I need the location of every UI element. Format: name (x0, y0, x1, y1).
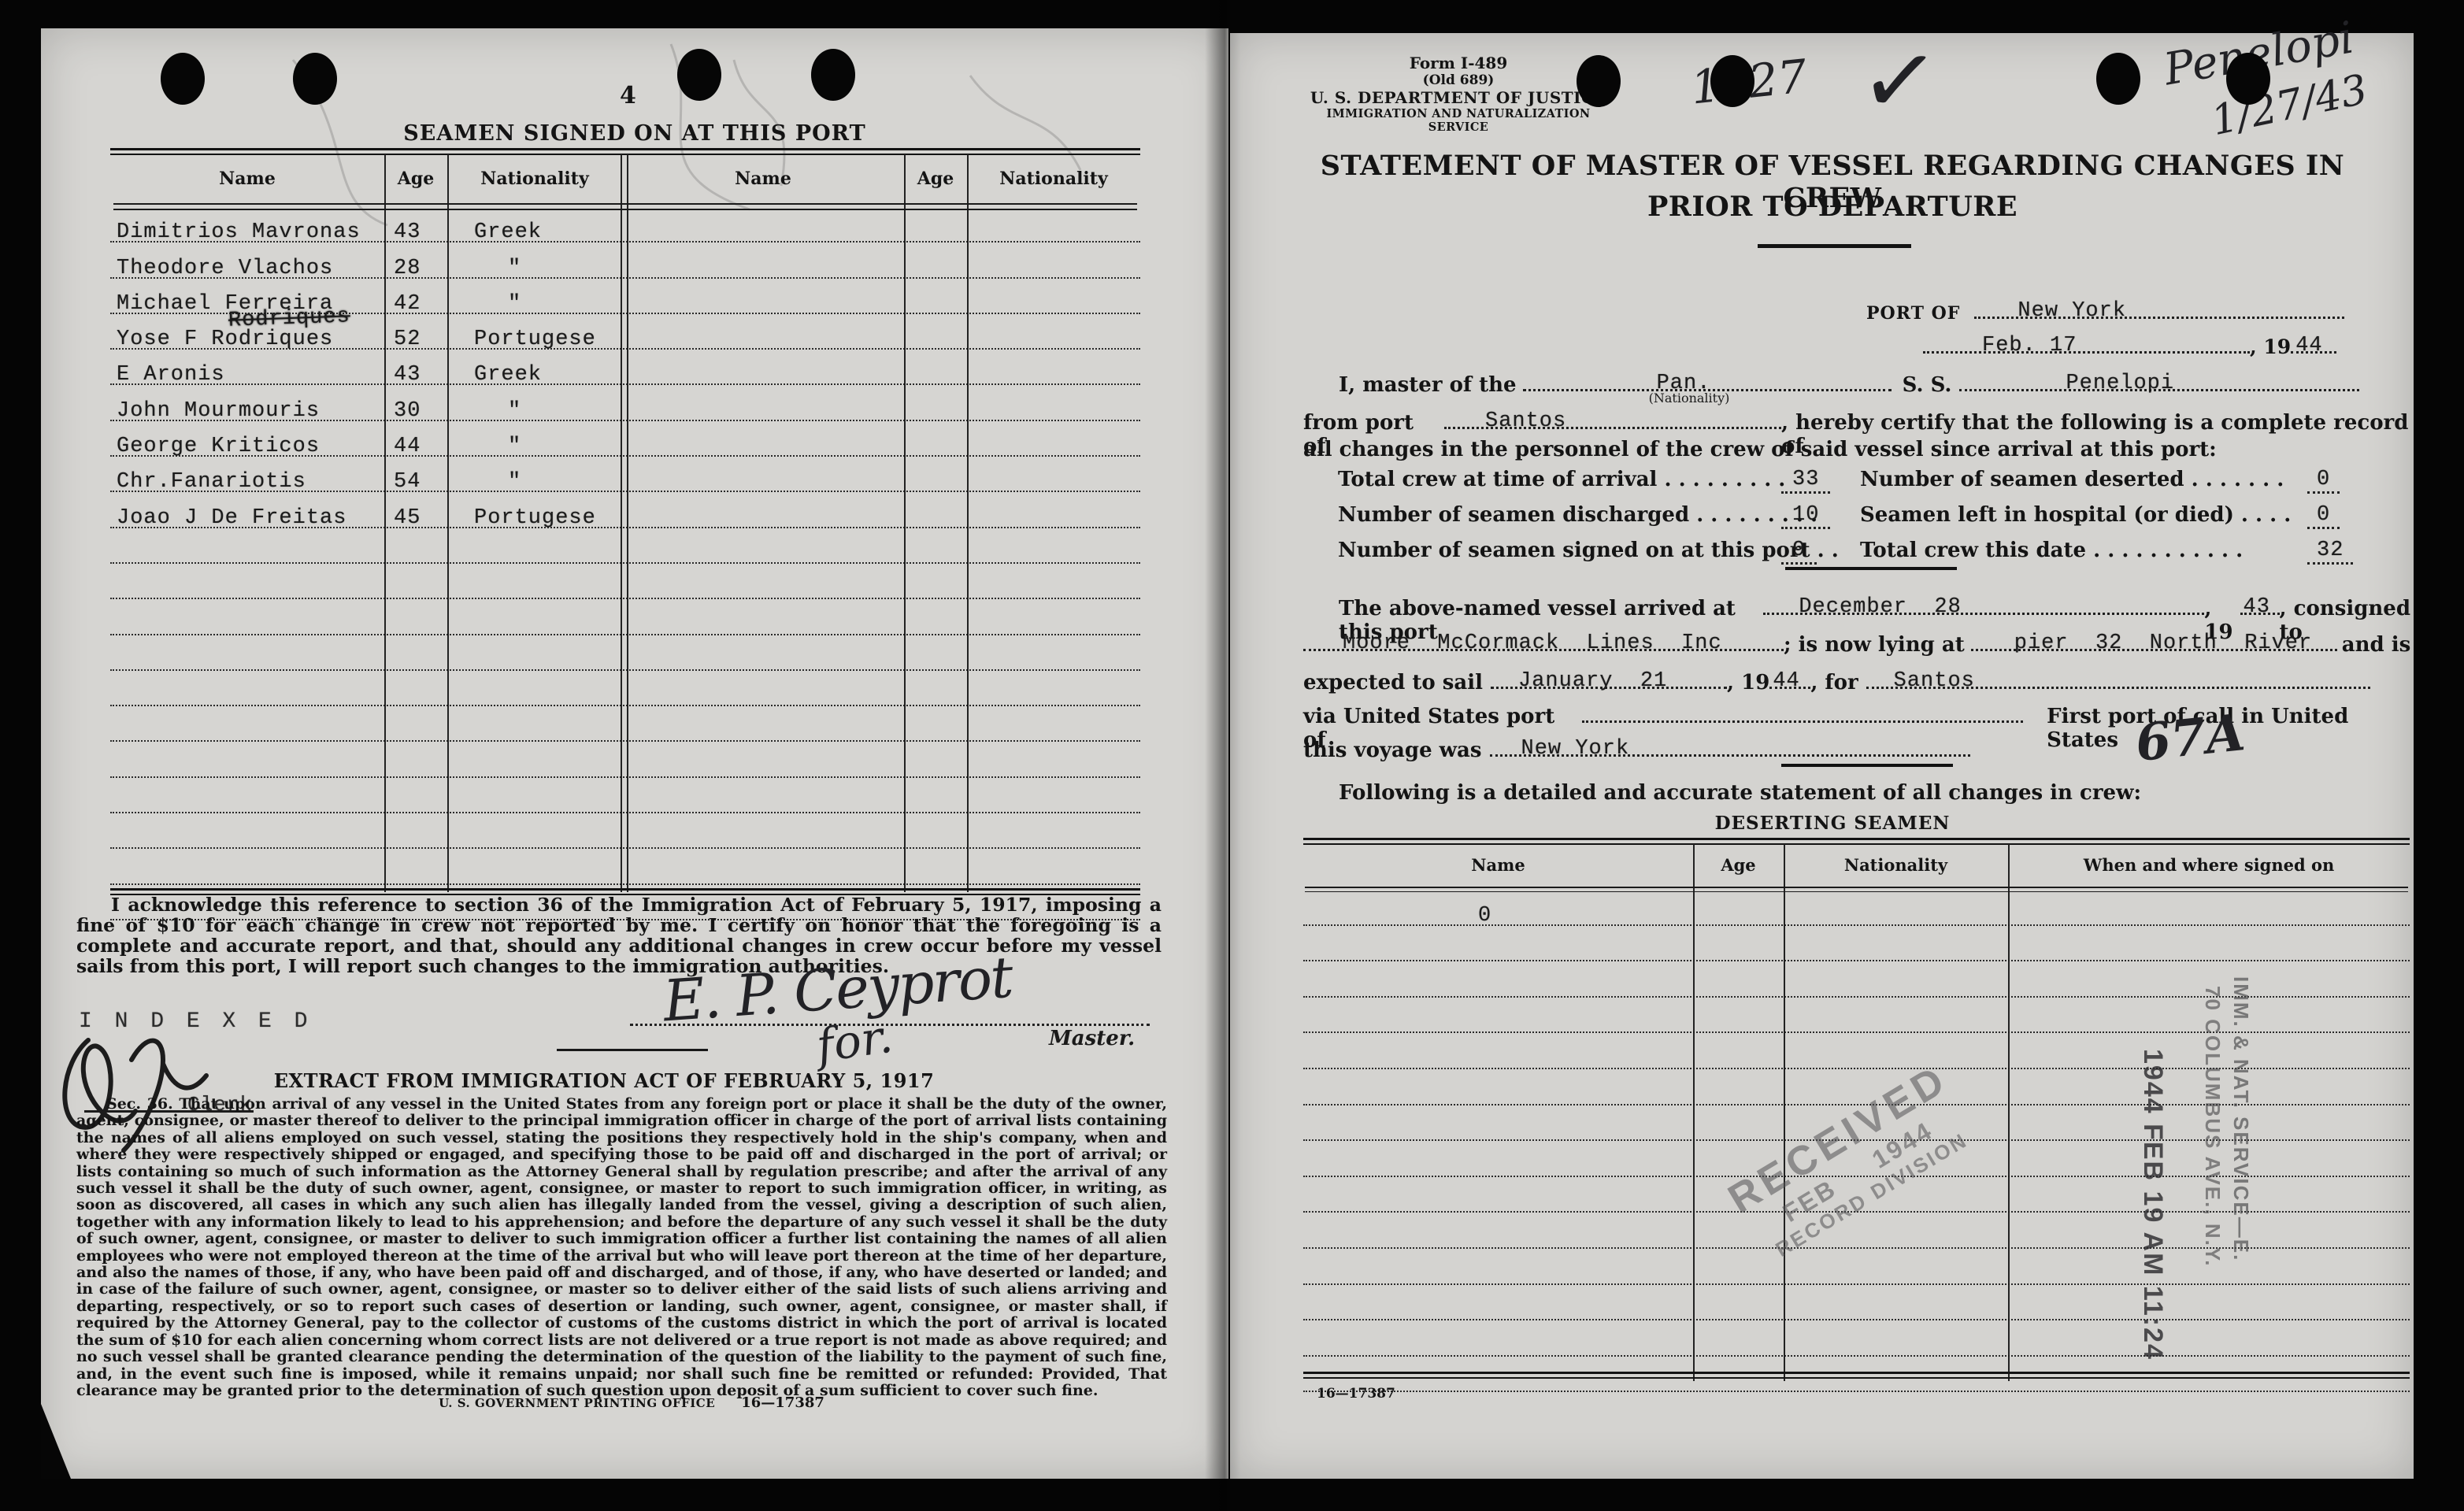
stat-label-right: Seamen left in hospital (or died) . . . … (1860, 503, 2291, 527)
empty-row (110, 635, 1140, 671)
column-header: Name (1303, 855, 1693, 875)
service-stamp-address: 70 COLUMBUS AVE., N.Y. (2200, 986, 2225, 1268)
seaman-name: Yose F Rodriques (117, 328, 333, 351)
deserter-name: 0 (1478, 904, 1491, 928)
stat-label-left: Number of seamen discharged . . . . . . … (1338, 503, 1817, 527)
empty-row (1303, 1285, 2410, 1321)
year-value: 44 (2295, 334, 2322, 357)
empty-row (110, 742, 1140, 777)
arrived-date-value: December 28 (1799, 595, 1961, 619)
column-header: Age (904, 169, 967, 189)
seaman-row: Yose F RodriquesRodriques52Portugese (110, 314, 1140, 350)
arrived-date-field: December 28 (1763, 589, 2204, 615)
column-header: Nationality (967, 169, 1140, 189)
seaman-nationality: " (508, 435, 521, 458)
column-header: Age (384, 169, 447, 189)
form-title-line2: PRIOR TO DEPARTURE (1309, 191, 2356, 223)
date-field: Feb. 17 (1923, 328, 2250, 354)
seaman-nationality: Greek (474, 220, 542, 244)
signature-line-2 (557, 1049, 708, 1051)
stat-value-left: 9 (1781, 539, 1817, 565)
empty-row (110, 528, 1140, 564)
seaman-nationality: " (508, 292, 521, 316)
form-old-number: (Old 689) (1301, 72, 1616, 88)
arrived-year-value: 43 (2244, 595, 2270, 619)
column-header: Name (110, 169, 384, 189)
punch-hole (2096, 53, 2140, 105)
seaman-nationality: " (508, 399, 521, 423)
seaman-age: 30 (394, 399, 421, 423)
empty-row (110, 849, 1140, 884)
seaman-name-struck: Rodriques (228, 305, 351, 332)
stat-value-right: 32 (2307, 539, 2353, 565)
seaman-name: Joao J De Freitas (117, 506, 346, 530)
sail-for-label: , for (1810, 671, 1858, 694)
changes-line: all changes in the personnel of the crew… (1303, 438, 2217, 461)
following-line: Following is a detailed and accurate sta… (1339, 781, 2141, 805)
stat-value-left: 33 (1781, 468, 1830, 494)
page-number: 4 (620, 82, 636, 109)
stat-value-right: 0 (2307, 503, 2340, 529)
crew-statistics: Total crew at time of arrival . . . . . … (1230, 468, 2414, 574)
empty-row (110, 671, 1140, 706)
punch-hole (161, 53, 205, 105)
department-name: U. S. DEPARTMENT OF JUSTICE (1301, 88, 1616, 107)
column-header: Nationality (1784, 855, 2008, 875)
handwritten-checkmark: ✓ (1854, 23, 1945, 140)
page-corner (41, 1404, 71, 1479)
from-port-field: Santos (1444, 403, 1781, 429)
lying-suffix: and is (2342, 633, 2411, 657)
seaman-nationality: " (508, 257, 521, 280)
punch-hole (677, 49, 721, 101)
table-header-row: NameAgeNationalityNameAgeNationality (110, 169, 1140, 200)
port-of-field: New York (1974, 293, 2344, 319)
seamen-signed-on-table: NameAgeNationalityNameAgeNationality Dim… (110, 148, 1140, 892)
date-value: Feb. 17 (1982, 334, 2077, 357)
column-header: Age (1693, 855, 1784, 875)
left-page: 4 SEAMEN SIGNED ON AT THIS PORT NameAgeN… (41, 28, 1228, 1479)
punch-hole (1577, 55, 1621, 107)
sail-destination-value: Santos (1894, 669, 1975, 693)
seaman-row: Joao J De Freitas45Portugese (110, 492, 1140, 528)
gpo-footer-text: U. S. GOVERNMENT PRINTING OFFICE (439, 1396, 715, 1410)
table-header-row: NameAgeNationalityWhen and where signed … (1303, 855, 2410, 885)
empty-row (1303, 926, 2410, 962)
seaman-age: 44 (394, 435, 421, 458)
stat-row: Total crew at time of arrival . . . . . … (1230, 468, 2414, 503)
stat-label-left: Total crew at time of arrival . . . . . … (1338, 468, 1785, 491)
seaman-name: John Mourmouris (117, 399, 320, 423)
seaman-row: Chr.Fanariotis54" (110, 457, 1140, 492)
sec36-paragraph: Sec. 36. That upon arrival of any vessel… (76, 1096, 1167, 1399)
divider-line (1785, 567, 1957, 570)
punch-hole (1710, 55, 1754, 107)
empty-row (110, 778, 1140, 813)
voyage-label: this voyage was (1303, 739, 1482, 762)
empty-row (110, 813, 1140, 849)
seaman-age: 52 (394, 328, 421, 351)
sail-year-field: 44 (1769, 663, 1810, 689)
seaman-row: Dimitrios Mavronas43Greek (110, 207, 1140, 243)
form-number: Form I-489 (1301, 54, 1616, 72)
consignee-value: Moore McCormack Lines Inc (1343, 631, 1722, 655)
vessel-field: Penelopi (1959, 365, 2359, 391)
deserting-seaman-row: 0 (1303, 890, 2410, 926)
year-field: 44 (2291, 328, 2336, 354)
sail-year-value: 44 (1773, 669, 1799, 693)
seaman-age: 45 (394, 506, 421, 530)
service-stamp-name: IMM. & NAT. SERVICE—E. (2229, 976, 2253, 1261)
stat-value-left: 10 (1781, 503, 1830, 529)
master-prefix: I, master of the (1339, 373, 1517, 397)
consignee-field: Moore McCormack Lines Inc (1303, 625, 1784, 651)
year-prefix: , 19 (2250, 335, 2291, 358)
seaman-age: 54 (394, 470, 421, 494)
seaman-row: George Kriticos44" (110, 421, 1140, 457)
seaman-nationality: Greek (474, 363, 542, 387)
ss-label: S. S. (1903, 373, 1952, 397)
column-header: Nationality (447, 169, 622, 189)
voyage-field: New York (1490, 731, 1970, 757)
seaman-age: 43 (394, 220, 421, 244)
stat-label-left: Number of seamen signed on at this port … (1338, 539, 1839, 562)
voyage-value: New York (1521, 737, 1630, 761)
sail-destination-field: Santos (1866, 663, 2370, 689)
stat-label-right: Total crew this date . . . . . . . . . .… (1860, 539, 2243, 562)
sail-date-value: January 21 (1518, 669, 1667, 693)
right-page: Form I-489 (Old 689) U. S. DEPARTMENT OF… (1230, 33, 2414, 1479)
master-label: Master. (1049, 1027, 1135, 1050)
punch-hole (811, 49, 855, 101)
stat-value-right: 0 (2307, 468, 2340, 494)
seaman-age: 43 (394, 363, 421, 387)
vessel-value: Penelopi (2066, 372, 2174, 395)
nationality-field: Pan. (Nationality) (1523, 365, 1892, 391)
empty-row (110, 599, 1140, 635)
seaman-age: 28 (394, 257, 421, 280)
divider-line (1781, 764, 1953, 767)
column-header: Name (622, 169, 904, 189)
stat-row: Number of seamen discharged . . . . . . … (1230, 503, 2414, 539)
arrived-year-field: 43 (2240, 589, 2280, 615)
deserting-seamen-title: DESERTING SEAMEN (1309, 813, 2356, 834)
fold-crease (1205, 0, 1241, 1511)
pier-field: pier 32 North River (1971, 625, 2337, 651)
sail-label: expected to sail (1303, 671, 1483, 694)
port-of-label: PORT OF (1866, 303, 1960, 324)
gpo-footer: U. S. GOVERNMENT PRINTING OFFICE 16—1738… (317, 1394, 947, 1411)
port-of-value: New York (2018, 299, 2126, 323)
empty-row (110, 564, 1140, 599)
punch-hole (2226, 53, 2270, 105)
seaman-name: E Aronis (117, 363, 225, 387)
handwritten-67a: 67A (2132, 703, 2247, 773)
seaman-name: George Kriticos (117, 435, 320, 458)
seaman-name: Dimitrios Mavronas (117, 220, 361, 244)
form-id-block: Form I-489 (Old 689) U. S. DEPARTMENT OF… (1301, 54, 1616, 134)
seaman-row: Theodore Vlachos28" (110, 243, 1140, 278)
punch-hole (293, 53, 337, 105)
document-scan: 4 SEAMEN SIGNED ON AT THIS PORT NameAgeN… (0, 0, 2464, 1511)
form-footer-number: 16—17387 (1317, 1386, 1395, 1402)
seaman-nationality: Portugese (474, 506, 596, 530)
time-stamp: 1944 FEB 19 AM 11:24 (2137, 1049, 2168, 1361)
seaman-name: Chr.Fanariotis (117, 470, 306, 494)
empty-row (1303, 1320, 2410, 1357)
lying-label: ; is now lying at (1784, 633, 1965, 657)
seaman-name: Theodore Vlachos (117, 257, 333, 280)
service-name: IMMIGRATION AND NATURALIZATION SERVICE (1301, 107, 1616, 134)
seaman-row: John Mourmouris30" (110, 385, 1140, 420)
gpo-footer-number: 16—17387 (741, 1394, 824, 1411)
table-body: Dimitrios Mavronas43GreekTheodore Vlacho… (110, 207, 1140, 920)
seaman-row: E Aronis43Greek (110, 350, 1140, 385)
from-port-value: Santos (1485, 409, 1566, 433)
sail-date-field: January 21 (1491, 663, 1727, 689)
via-field (1582, 697, 2023, 723)
extract-title: EXTRACT FROM IMMIGRATION ACT OF FEBRUARY… (198, 1069, 1010, 1092)
sail-year-prefix: , 19 (1727, 671, 1769, 694)
signature-for-handwriting: for. (813, 1009, 896, 1073)
seaman-age: 42 (394, 292, 421, 316)
table-bottom-rule (1303, 1372, 2410, 1379)
column-header: When and where signed on (2008, 855, 2410, 875)
pier-value: pier 32 North River (2014, 631, 2312, 655)
seaman-nationality: " (508, 470, 521, 494)
title-underline (1758, 244, 1911, 248)
empty-row (110, 706, 1140, 742)
left-page-title: SEAMEN SIGNED ON AT THIS PORT (41, 121, 1228, 146)
stat-label-right: Number of seamen deserted . . . . . . . (1860, 468, 2284, 491)
seaman-nationality: Portugese (474, 328, 596, 351)
